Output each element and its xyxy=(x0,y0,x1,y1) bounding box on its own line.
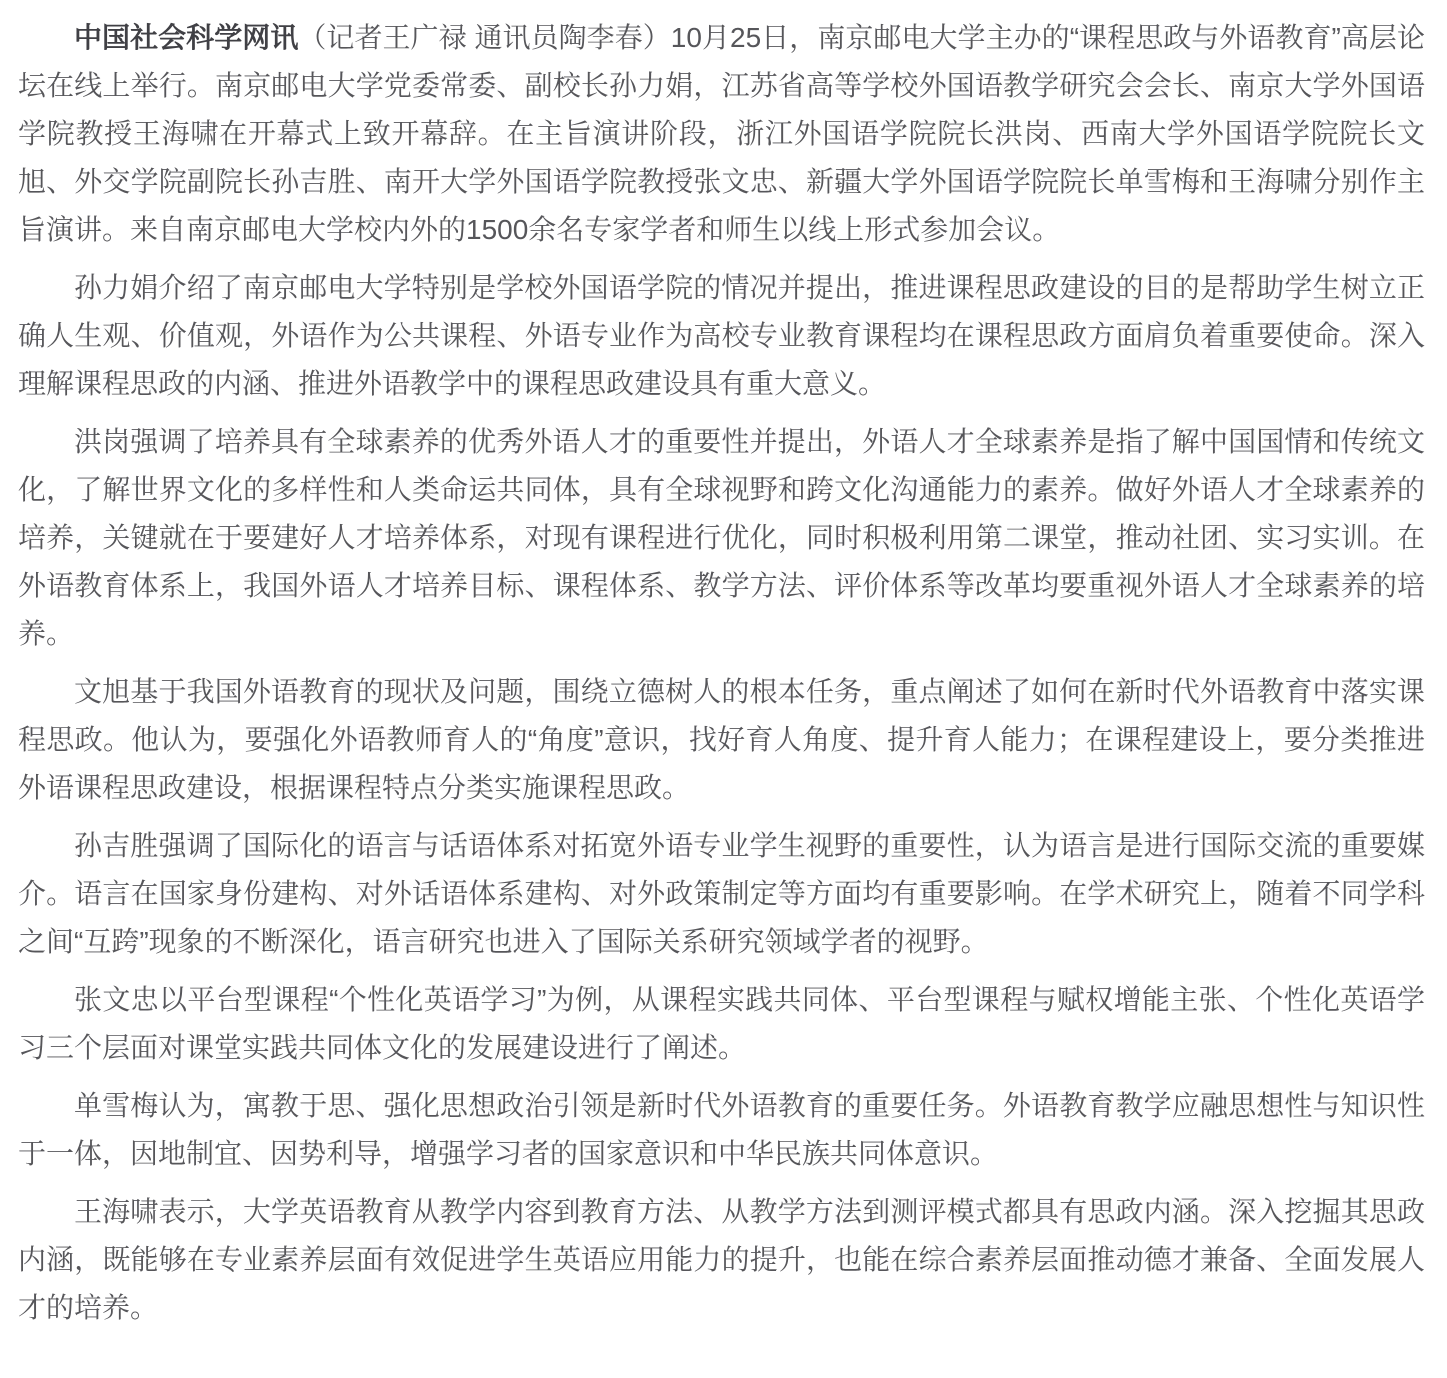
paragraph-zhang-wenzhong: 张文忠以平台型课程“个性化英语学习”为例，从课程实践共同体、平台型课程与赋权增能… xyxy=(18,976,1425,1072)
paragraph-hong-gang: 洪岗强调了培养具有全球素养的优秀外语人才的重要性并提出，外语人才全球素养是指了解… xyxy=(18,418,1425,658)
paragraph-sun-lijuan: 孙力娟介绍了南京邮电大学特别是学校外国语学院的情况并提出，推进课程思政建设的目的… xyxy=(18,264,1425,408)
paragraph-intro: 中国社会科学网讯（记者王广禄 通讯员陶李春）10月25日，南京邮电大学主办的“课… xyxy=(18,14,1425,254)
paragraph-shan-xuemei: 单雪梅认为，寓教于思、强化思想政治引领是新时代外语教育的重要任务。外语教育教学应… xyxy=(18,1082,1425,1178)
paragraph-intro-text: （记者王广禄 通讯员陶李春）10月25日，南京邮电大学主办的“课程思政与外语教育… xyxy=(18,22,1425,245)
paragraph-sun-jisheng: 孙吉胜强调了国际化的语言与话语体系对拓宽外语专业学生视野的重要性，认为语言是进行… xyxy=(18,822,1425,966)
article-body: 中国社会科学网讯（记者王广禄 通讯员陶李春）10月25日，南京邮电大学主办的“课… xyxy=(0,0,1447,1332)
paragraph-wang-haixiao: 王海啸表示，大学英语教育从教学内容到教育方法、从教学方法到测评模式都具有思政内涵… xyxy=(18,1188,1425,1332)
paragraph-wen-xu: 文旭基于我国外语教育的现状及问题，围绕立德树人的根本任务，重点阐述了如何在新时代… xyxy=(18,668,1425,812)
source-label: 中国社会科学网讯 xyxy=(74,22,298,53)
